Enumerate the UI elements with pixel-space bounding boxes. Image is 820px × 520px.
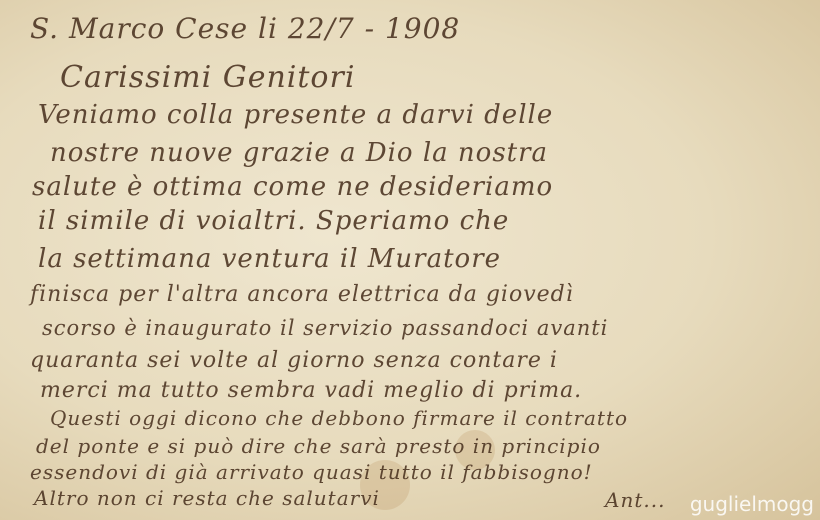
- watermark: guglielmogg: [690, 492, 814, 516]
- letter-paper: S. Marco Cese li 22/7 - 1908 Carissimi G…: [0, 0, 820, 520]
- letter-line: del ponte e si può dire che sarà presto …: [36, 434, 601, 458]
- letter-line: nostre nuove grazie a Dio la nostra: [50, 138, 548, 168]
- letter-line: essendovi di già arrivato quasi tutto il…: [30, 460, 593, 484]
- letter-line: finisca per l'altra ancora elettrica da …: [30, 282, 574, 307]
- letter-line: Altro non ci resta che salutarvi: [34, 486, 380, 510]
- letter-salutation: Carissimi Genitori: [60, 60, 355, 95]
- letter-line: merci ma tutto sembra vadi meglio di pri…: [40, 378, 582, 403]
- letter-line: Veniamo colla presente a darvi delle: [38, 100, 553, 130]
- letter-line: quaranta sei volte al giorno senza conta…: [30, 348, 558, 373]
- letter-signature: Ant...: [605, 488, 665, 512]
- letter-line: scorso è inaugurato il servizio passando…: [42, 316, 608, 340]
- letter-line: salute è ottima come ne desideriamo: [32, 172, 553, 202]
- letter-line: Questi oggi dicono che debbono firmare i…: [50, 406, 628, 430]
- letter-line: la settimana ventura il Muratore: [38, 244, 501, 274]
- letter-heading: S. Marco Cese li 22/7 - 1908: [30, 12, 460, 45]
- letter-line: il simile di voialtri. Speriamo che: [38, 206, 509, 236]
